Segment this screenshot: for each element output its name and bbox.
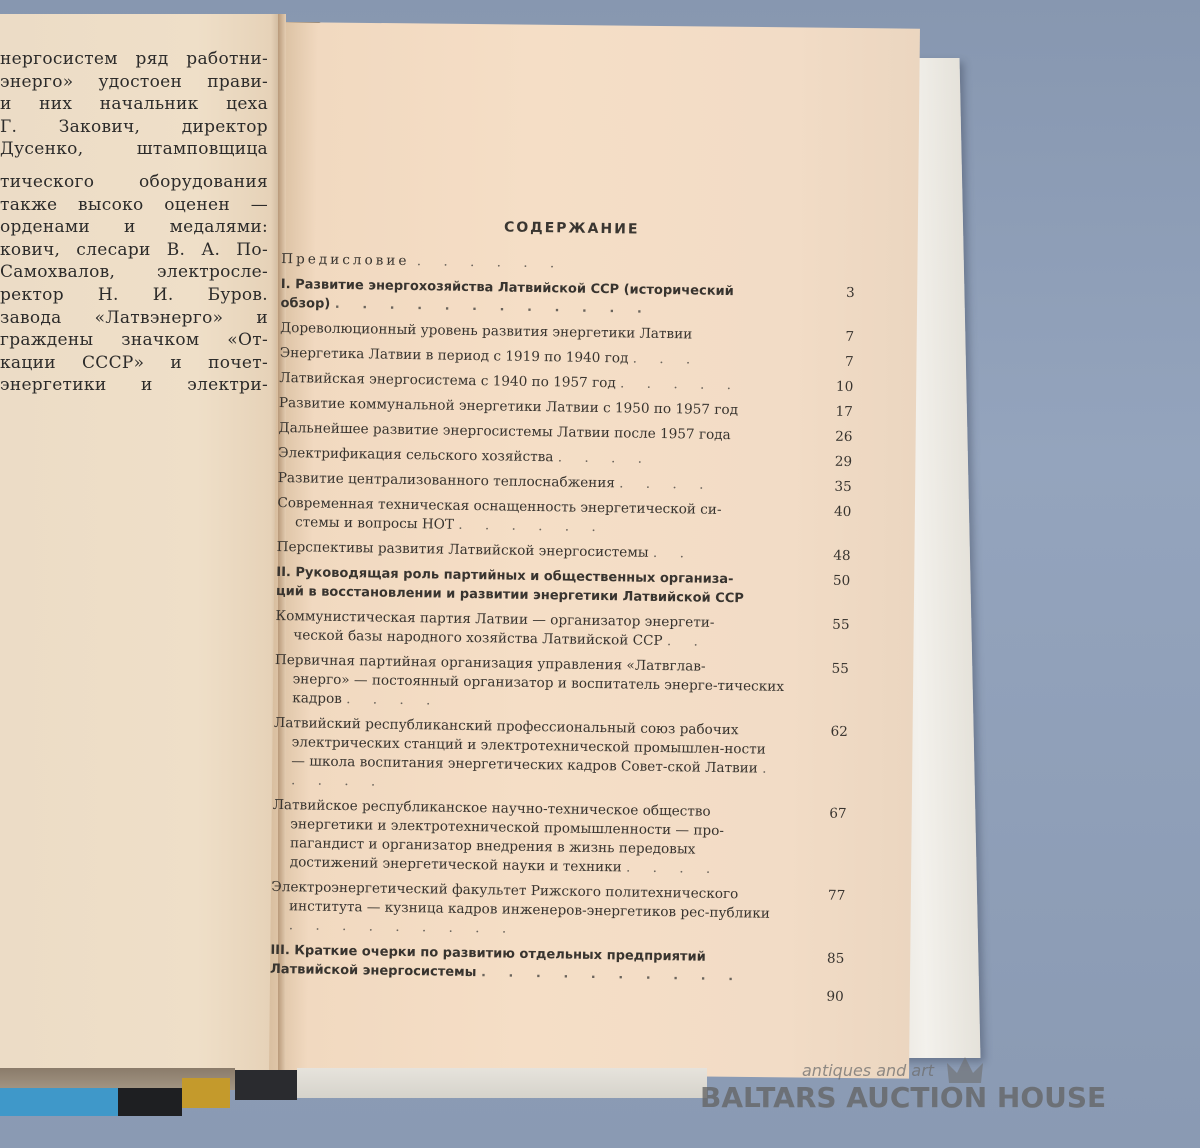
page-number: 3	[846, 284, 855, 303]
watermark-tagline: antiques and art	[802, 1061, 934, 1080]
toc-entry: Дальнейшее развитие энергосистемы Латвии…	[278, 419, 858, 447]
page-number: 7	[845, 328, 854, 347]
text-line: орденами и медалями:	[0, 216, 268, 239]
page-number: 17	[835, 403, 853, 422]
text-line: энергетики и электри-	[0, 374, 268, 397]
leader-dots: . . . . . .	[417, 253, 564, 271]
text-line: нергосистем ряд работни-	[0, 48, 268, 71]
page-number: 26	[835, 428, 853, 447]
text-line: Г. Закович, директор	[0, 116, 268, 139]
text-line: Самохвалов, электросле-	[0, 261, 268, 284]
page-number: 48	[833, 547, 851, 566]
page-number: 35	[834, 478, 852, 497]
text-line: также высоко оценен —	[0, 194, 268, 217]
cover-white-edge	[297, 1068, 707, 1098]
page-number: 7	[845, 353, 854, 372]
left-page-text: нергосистем ряд работни- энерго» удостое…	[0, 48, 268, 397]
text-line: кович, слесари В. А. По-	[0, 239, 268, 262]
watermark-name: BALTARS AUCTION HOUSE	[700, 1081, 1106, 1114]
toc-entry: Электрификация сельского хозяйства . . .…	[278, 444, 858, 472]
text-line: завода «Латвэнерго» и	[0, 307, 268, 330]
text-line: ректор Н. И. Буров.	[0, 284, 268, 307]
toc-entry: Дореволюционный уровень развития энергет…	[280, 319, 860, 347]
spine-tape	[182, 1078, 230, 1108]
text-line: энерго» удостоен прави-	[0, 71, 268, 94]
text-line: кации СССР» и почет-	[0, 352, 268, 375]
page-number: 77	[828, 887, 846, 906]
toc-entry: Латвийское республиканское научно-технич…	[272, 796, 853, 881]
page-number: 50	[833, 572, 851, 591]
table-of-contents: СОДЕРЖАНИЕ Предисловие . . . . . . I. Ра…	[270, 210, 862, 1013]
page-number: 29	[835, 453, 853, 472]
toc-entry: Перспективы развития Латвийской энергоси…	[277, 538, 857, 566]
page-number: 55	[832, 616, 850, 635]
page-number: 67	[829, 805, 847, 824]
toc-entry: Предисловие . . . . . .	[281, 250, 861, 278]
page-number: 90	[826, 988, 844, 1007]
watermark: antiques and art BALTARS AUCTION HOUSE	[700, 1055, 1120, 1145]
cover-blue-band	[0, 1088, 118, 1116]
toc-entry: Энергетика Латвии в период с 1919 по 194…	[280, 344, 860, 372]
toc-heading: СОДЕРЖАНИЕ	[282, 216, 862, 241]
toc-entry: Современная техническая оснащенность эне…	[277, 494, 858, 541]
cover-black-band	[118, 1088, 182, 1116]
paragraph-gap	[0, 161, 268, 171]
page-number: 55	[831, 660, 849, 679]
page-number: 62	[830, 723, 848, 742]
page-number: 10	[836, 378, 854, 397]
toc-entry: Электроэнергетический факультет Рижского…	[271, 878, 852, 944]
toc-entry: I. Развитие энергохозяйства Латвийской С…	[280, 275, 861, 322]
text-line: Дусенко, штамповщица	[0, 138, 268, 161]
toc-entry: Коммунистическая партия Латвии — организ…	[275, 607, 856, 654]
text-line: тического оборудования	[0, 171, 268, 194]
toc-entry: Развитие коммунальной энергетики Латвии …	[279, 394, 859, 422]
toc-entry: Латвийская энергосистема с 1940 по 1957 …	[279, 369, 859, 397]
toc-entry: II. Руководящая роль партийных и обществ…	[276, 563, 857, 610]
page-number: 85	[827, 950, 845, 969]
text-line: граждены значком «От-	[0, 329, 268, 352]
text-line: и них начальник цеха	[0, 93, 268, 116]
page-number: 40	[834, 503, 852, 522]
cover-black-edge	[235, 1070, 297, 1100]
toc-entry: Латвийский республиканский профессиональ…	[273, 714, 854, 799]
toc-entry: Развитие централизованного теплоснабжени…	[278, 469, 858, 497]
toc-entry: Первичная партийная организация управлен…	[274, 651, 855, 717]
